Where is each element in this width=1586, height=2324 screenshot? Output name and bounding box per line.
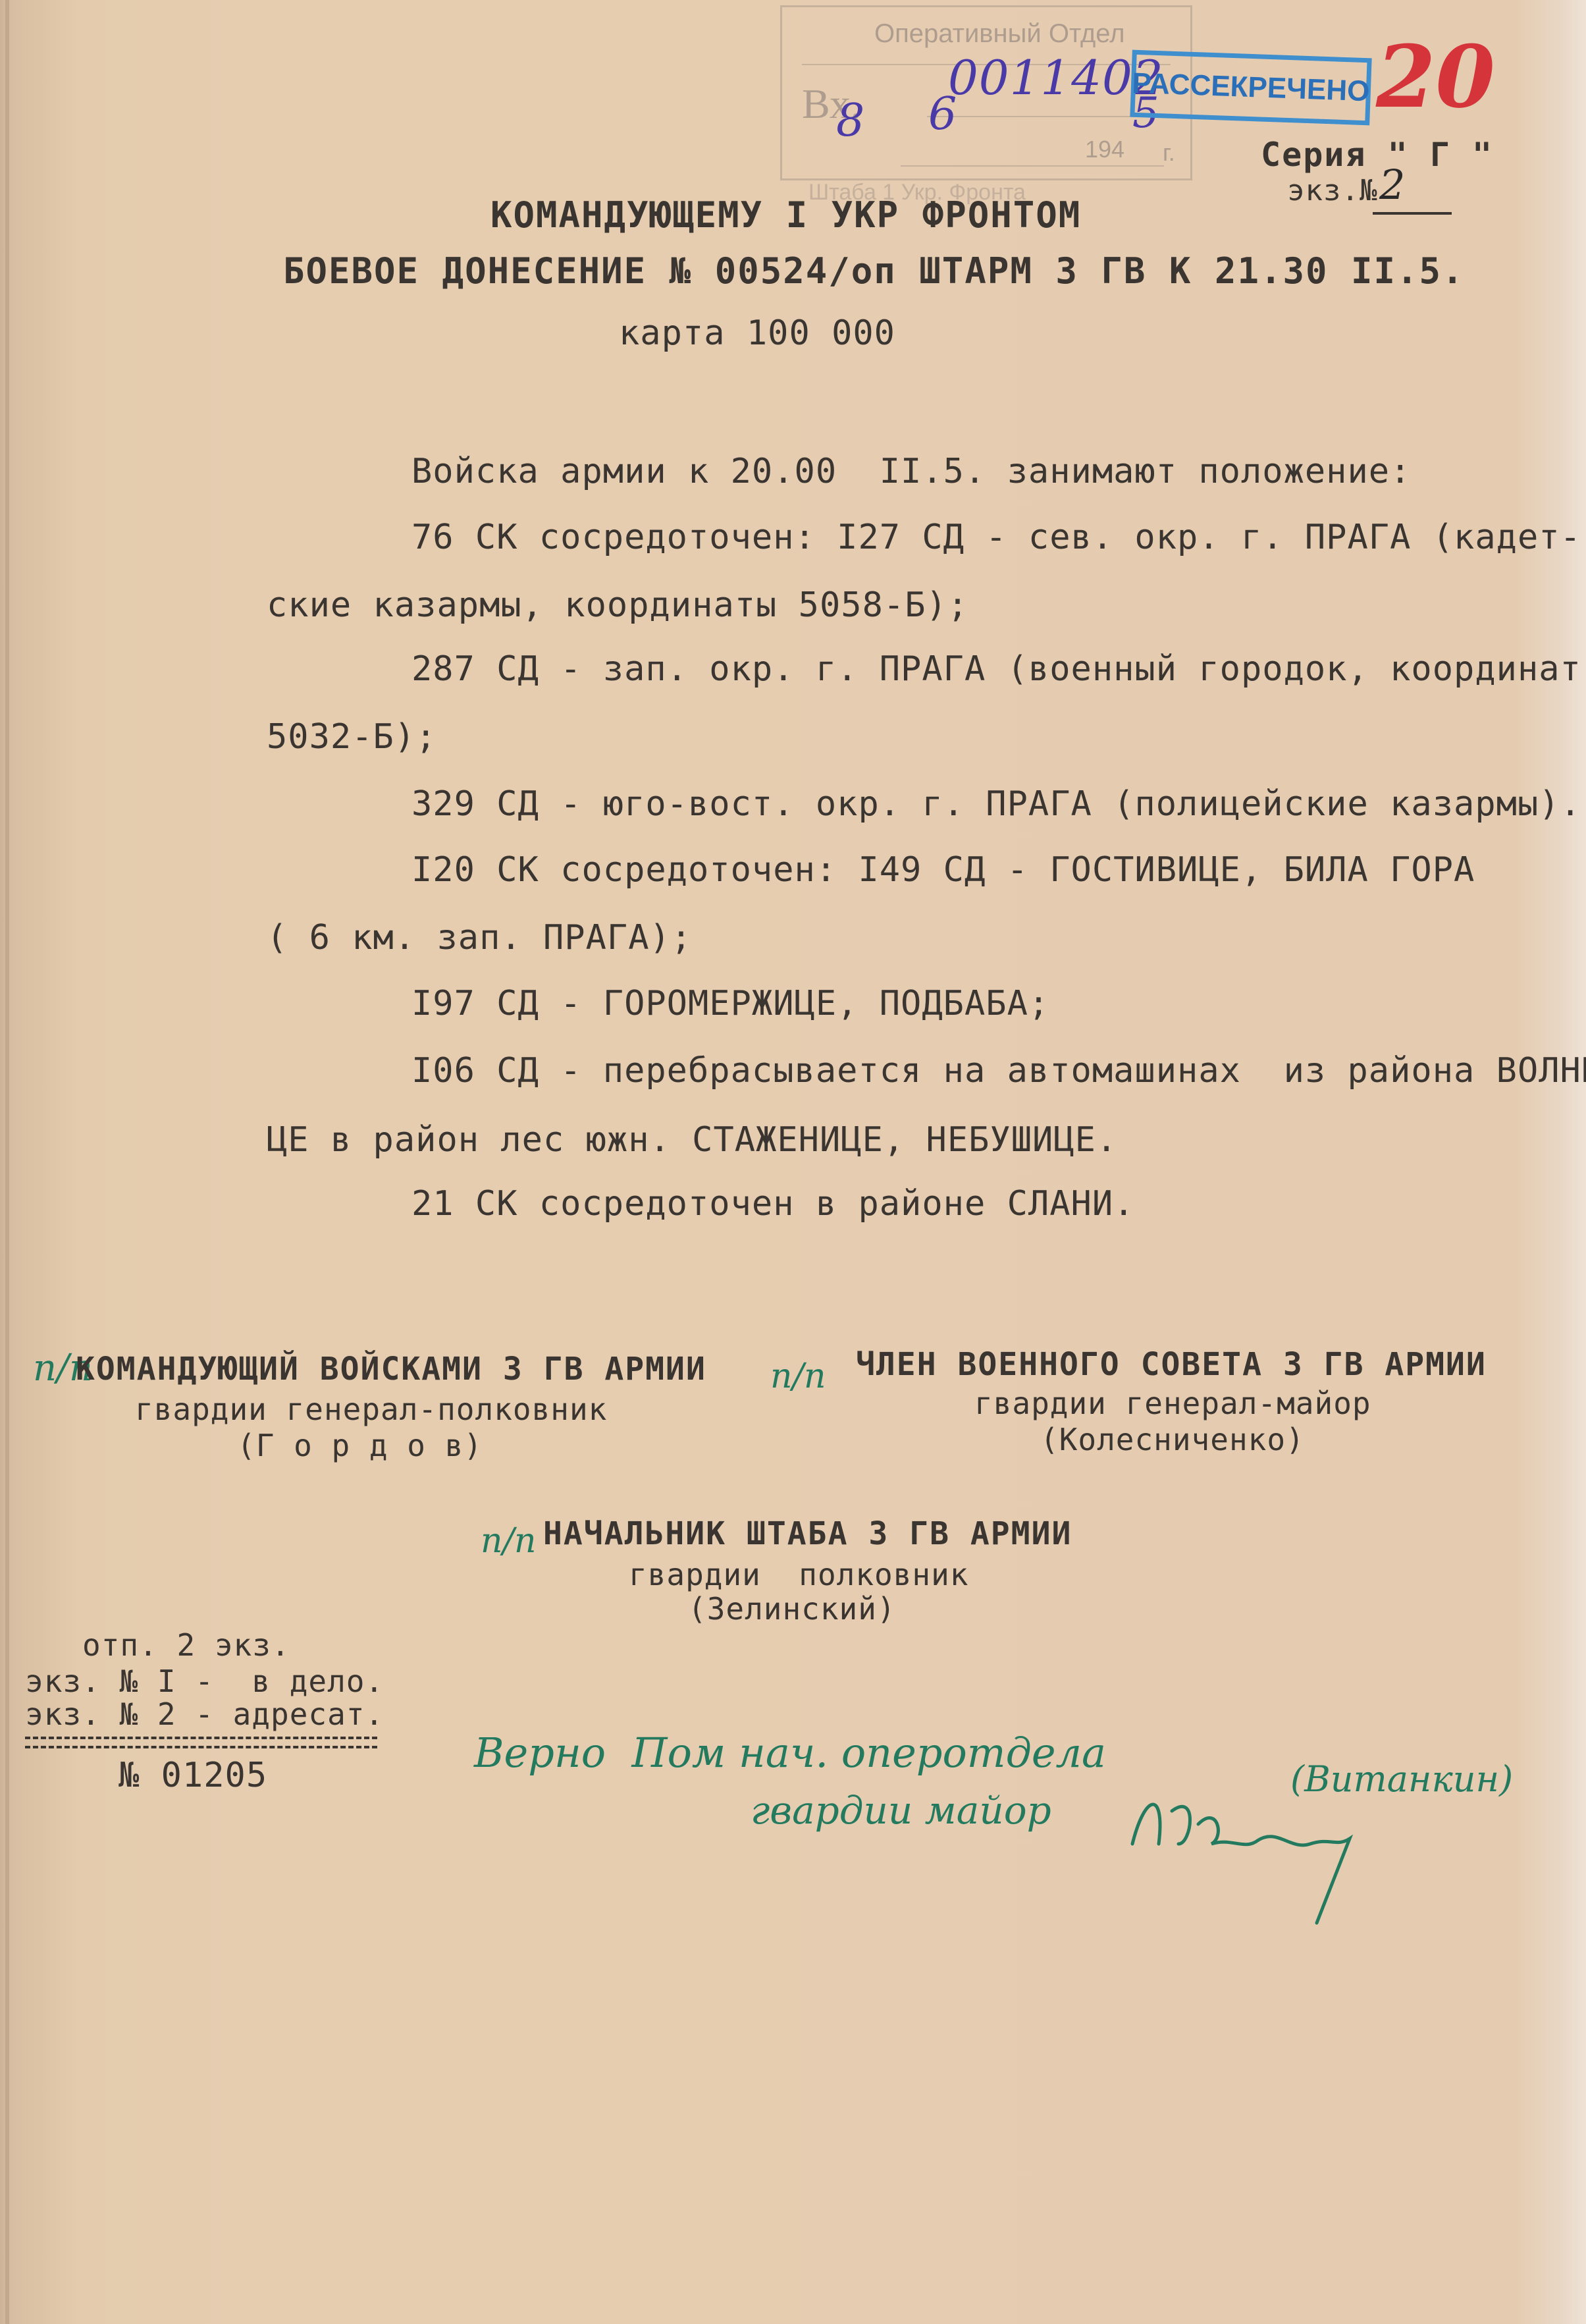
body-line: I06 СД - перебрасывается на автомашинах …	[411, 1054, 1586, 1088]
scanned-page: Оперативный Отдел Вх. 194 г. Штаба 1 Укр…	[0, 0, 1586, 2324]
body-line: 5032-Б);	[267, 720, 436, 754]
signatory-name: (Г о р д о в)	[237, 1430, 483, 1461]
incoming-day: 8	[836, 99, 865, 144]
certification-line-1: Верно Пом нач. оперотдела	[474, 1729, 1106, 1777]
pp-mark: п/п	[770, 1357, 826, 1396]
stamp-department: Оперативный Отдел	[874, 19, 1125, 49]
pp-mark: п/п	[481, 1521, 537, 1561]
copy-number: 2	[1379, 165, 1406, 205]
signatory-position: ЧЛЕН ВОЕННОГО СОВЕТА 3 ГВ АРМИИ	[856, 1349, 1487, 1380]
body-line: ские казармы, координаты 5058-Б);	[267, 588, 968, 622]
signatory-position: НАЧАЛЬНИК ШТАБА 3 ГВ АРМИИ	[543, 1518, 1072, 1550]
addressee: КОМАНДУЮЩЕМУ I УКР ФРОНТОМ	[490, 198, 1081, 233]
signatory-name: (Зелинский)	[688, 1594, 896, 1624]
signatory-rank: гвардии генерал-майор	[974, 1388, 1371, 1419]
body-line: ( 6 км. зап. ПРАГА);	[267, 921, 692, 955]
copy-2-destination: экз. № 2 - адресат.	[25, 1699, 384, 1729]
body-line: Войска армии к 20.00 II.5. занимают поло…	[411, 454, 1411, 489]
certification-line-2: гвардии майор	[751, 1788, 1051, 1833]
body-line: 21 СК сосредоточен в районе СЛАНИ.	[411, 1187, 1134, 1221]
body-line: I20 СК сосредоточен: I49 СД - ГОСТИВИЦЕ,…	[411, 853, 1475, 887]
series-label: Серия " Г "	[1261, 138, 1493, 171]
body-line: 287 СД - зап. окр. г. ПРАГА (военный гор…	[411, 652, 1581, 686]
stamp-year-printed: 194	[1085, 136, 1124, 163]
copies-printed: отп. 2 экз.	[82, 1630, 290, 1660]
declassified-stamp: РАССЕКРЕЧЕНО	[1130, 50, 1371, 126]
map-scale: карта 100 000	[619, 316, 895, 350]
copy-label: экз.№	[1287, 176, 1377, 205]
incoming-month: 6	[928, 92, 957, 137]
stamp-date-line	[901, 165, 1164, 167]
copy-1-destination: экз. № I - в дело.	[25, 1666, 384, 1696]
signatory-position: КОМАНДУЮЩИЙ ВОЙСКАМИ 3 ГВ АРМИИ	[76, 1353, 706, 1385]
body-line: 329 СД - юго-вост. окр. г. ПРАГА (полице…	[411, 787, 1581, 821]
body-line: 76 СК сосредоточен: I27 СД - сев. окр. г…	[411, 520, 1581, 554]
copy-underline	[1373, 212, 1452, 215]
signatory-rank: гвардии генерал-полковник	[135, 1394, 607, 1424]
separator-rule	[25, 1737, 377, 1748]
handwritten-signature-icon	[1119, 1765, 1488, 1936]
signatory-name: (Колесниченко)	[1040, 1424, 1305, 1455]
body-line: I97 СД - ГОРОМЕРЖИЦЕ, ПОДБАБА;	[411, 986, 1049, 1021]
outgoing-number: № 01205	[119, 1758, 267, 1793]
page-number: 20	[1376, 26, 1495, 127]
stamp-year-suffix: г.	[1163, 139, 1175, 167]
binding-edge	[5, 0, 9, 2324]
stamp-number-line	[927, 116, 1164, 117]
body-line: ЦЕ в район лес южн. СТАЖЕНИЦЕ, НЕБУШИЦЕ.	[267, 1123, 1117, 1157]
report-title: БОЕВОЕ ДОНЕСЕНИЕ № 00524/оп ШТАРМ 3 ГВ К…	[283, 254, 1465, 289]
signatory-rank: гвардии полковник	[629, 1559, 969, 1590]
